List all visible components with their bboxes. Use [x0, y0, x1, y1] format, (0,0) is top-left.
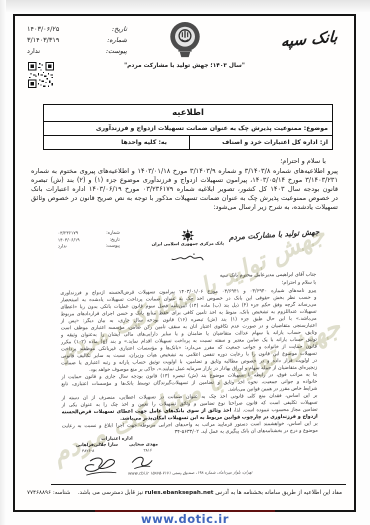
central-bank-name: بانک مرکزی جمهوری اسلامی ایران: [152, 241, 225, 247]
cbi-attachment-value: ندارد: [58, 244, 67, 251]
attachment-label: پیوست:: [106, 46, 127, 57]
dotic-website-link[interactable]: www.dotic.ir: [0, 512, 370, 525]
date-row: تاریخ: ۱۴۰۳/۰۶/۲۵: [27, 24, 127, 35]
notice-from-to-row: از: اداره کل اعتبارات خرد و اصناف به: کل…: [44, 136, 332, 149]
cbi-salutation: با سلام و احترام؛: [282, 280, 316, 286]
date-label: تاریخ:: [112, 24, 127, 35]
notice-to: به: کلیه واحدها: [44, 136, 189, 149]
date-value: ۱۴۰۳/۰۶/۲۵: [27, 24, 59, 35]
footer-access-note: مفاد این اطلاعیه از طریق سامانه بخشنامه …: [78, 489, 342, 498]
year-slogan: "سال ۱۴۰۳؛ جهش تولید با مشارکت مردم": [75, 63, 294, 69]
footer-id-label: شناسه:: [53, 490, 71, 496]
cbi-attachment-label: پیوست:: [106, 244, 120, 251]
body-line: قانون بودجه سال ۱۴۰۳ کل کشور، تصویر ابلا…: [31, 185, 338, 194]
addressee-line: جناب آقای ابراهیمی مدیرعامل محترم بانک س…: [220, 272, 316, 279]
footer-text-prefix: مفاد این اطلاعیه از طریق سامانه بخشنامه …: [213, 490, 342, 496]
embedded-central-bank-letter: جهش تولید با مشارکت مردم جهش تولید با مش…: [54, 225, 325, 480]
scan-left-shadow: [0, 0, 6, 525]
notice-subject: موضوع: ممنوعیت پذیرش چک به عنوان ضمانت ت…: [44, 122, 332, 136]
cbi-letter-meta: شماره: ۰۳/۲۳۶۱۷۹ تاریخ: ۱۴۰۳/۰۶/۱۹ پیوست…: [58, 231, 120, 251]
announcement-body: پیرو اطلاعیه‌های شماره ۳/۱۴۰۳/۸ و شماره …: [31, 167, 338, 211]
cbi-attachment-row: پیوست: ندارد: [58, 244, 120, 251]
notice-from: از: اداره کل اعتبارات خرد و اصناف: [189, 136, 332, 149]
notice-table: اطلاعیه موضوع: ممنوعیت پذیرش چک به عنوان…: [43, 104, 333, 150]
attachment-value: ندارد: [27, 46, 40, 57]
body-line: پیرو اطلاعیه‌های شماره ۳/۱۴۰۳/۸ و شماره …: [31, 167, 338, 176]
handwritten-note-scribble: [171, 250, 205, 269]
letterhead-meta: تاریخ: ۱۴۰۳/۰۶/۲۵ شماره: ۳/۱۴۰۳/۳۱۹ پیوس…: [27, 24, 127, 57]
body-line: ۳/۱۴۰۳/۲۳۱ مورخ ۱۴۰۳/۰۵/۱۴، پیرامون تسهی…: [31, 176, 338, 185]
footer-text-suffix: نیز قابل دسترسی می باشد.: [78, 490, 145, 496]
signing-department: اداره اعتبارات: [76, 436, 158, 442]
document-frame: بانک سپه "سال ۱۴۰۳؛ جهش تولید با مشارکت …: [13, 14, 356, 512]
page-footer: مفاد این اطلاعیه از طریق سامانه بخشنامه …: [27, 489, 342, 498]
number-row: شماره: ۳/۱۴۰۳/۳۱۹: [27, 35, 127, 46]
signature-block: اداره اعتبارات مهدی صحابی سارا جلالی‌فرا…: [76, 436, 158, 453]
cbi-slogan-calligraphy: جهش تولید با مشارکت مردم: [229, 227, 320, 242]
footer-id-value: ۷۷۴۶۸۸۹۶: [27, 490, 51, 496]
scan-top-shadow: [0, 0, 370, 12]
notice-title: اطلاعیه: [44, 105, 332, 122]
number-value: ۳/۱۴۰۳/۳۱۹: [27, 35, 59, 46]
footer-id: شناسه: ۷۷۴۶۸۸۹۶: [27, 489, 70, 498]
scanned-announcement-page: { "letterhead": { "bank_name": "بانک سپه…: [0, 0, 370, 525]
body-line: تسهیلات یادشده، به شرح زیر ارسال می‌شود:: [31, 203, 338, 212]
attachment-row: پیوست: ندارد: [27, 46, 127, 57]
footer-divider: [51, 484, 346, 485]
qr-code: [27, 62, 55, 92]
bank-sepah-emblem-icon: [166, 19, 204, 65]
rules-portal-url: rules.ebanksepah.net: [145, 490, 214, 496]
bank-sepah-calligraphy-logo: بانک سپه: [281, 27, 338, 50]
body-line: در خصوص ممنوعیت پذیرش چک به عنوان ضمانت …: [31, 194, 338, 203]
salutation: با سلام و احترام؛: [280, 157, 326, 165]
cbi-letter-body: پیرو نامه‌های شماره ۰۳/۶۹۴۰ و ۰۳/۶۹۴۱ مو…: [60, 288, 318, 438]
number-label: شماره:: [107, 35, 127, 46]
